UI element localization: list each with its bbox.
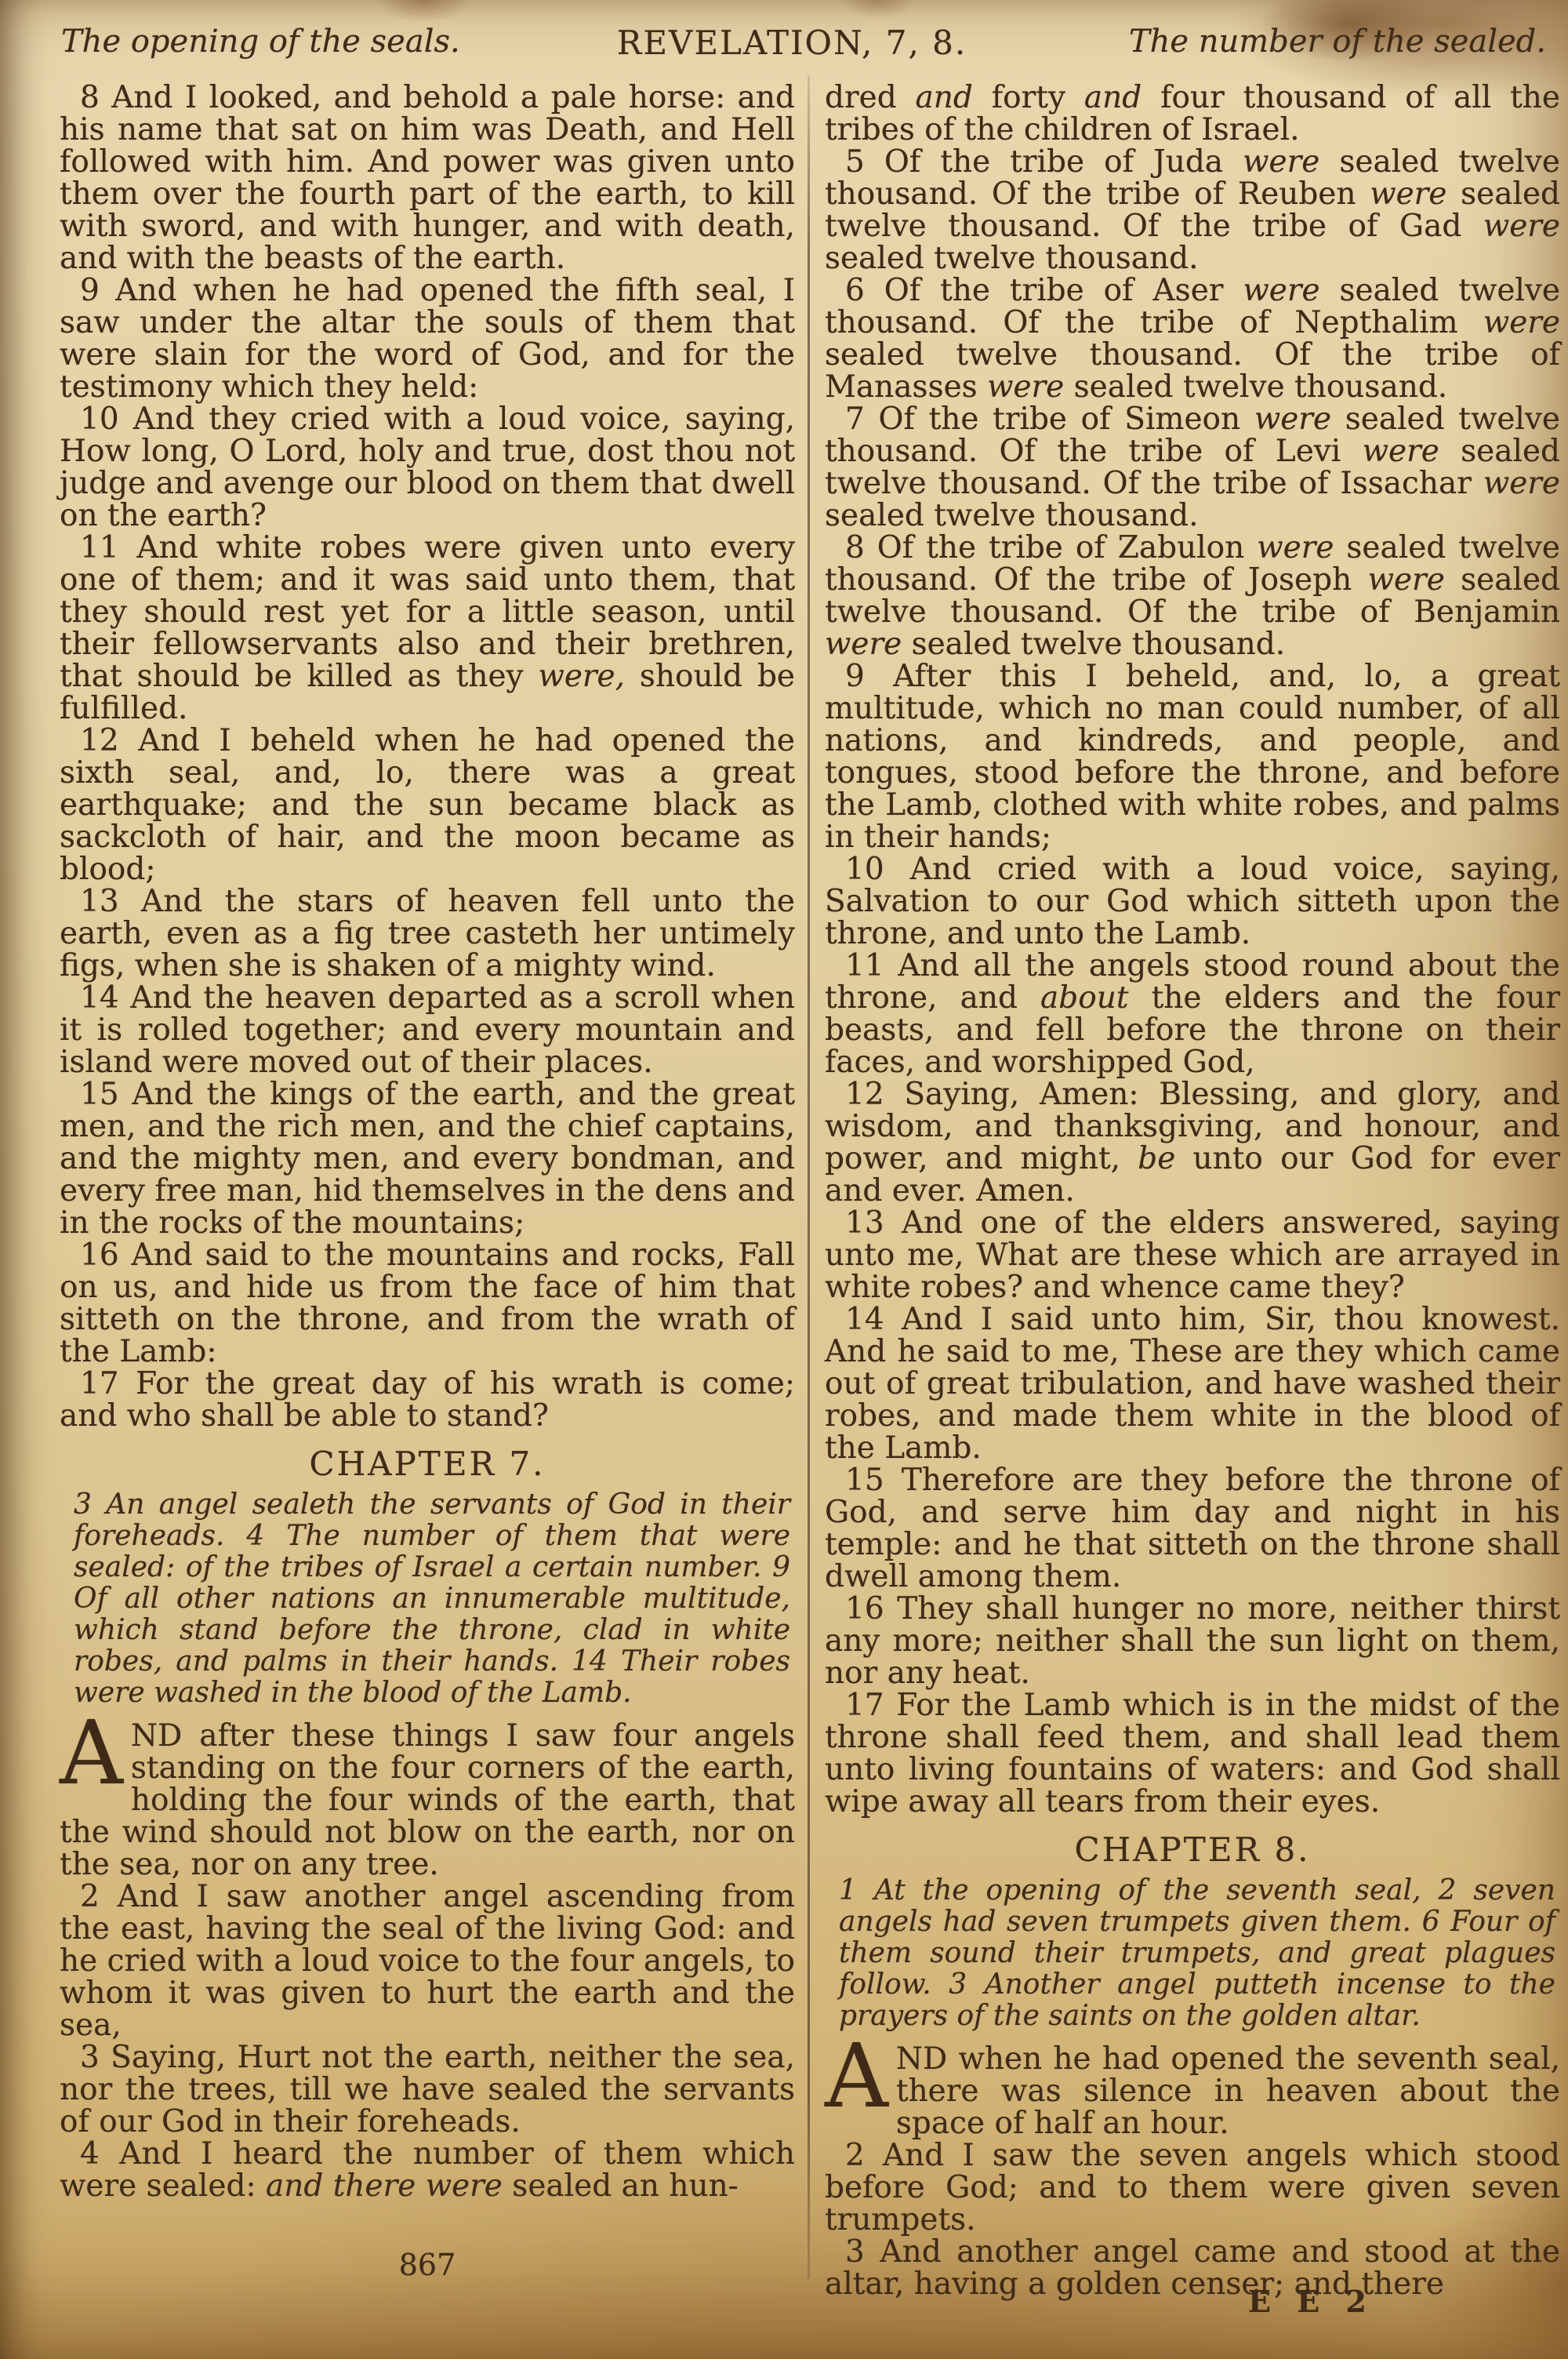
verse-paragraph: 15 And the kings of the earth, and the g…: [60, 1078, 795, 1239]
verse-paragraph: dred and forty and four thousand of all …: [825, 82, 1560, 146]
verse-paragraph: 3 And another angel came and stood at th…: [825, 2236, 1560, 2300]
verse-paragraph: 12 And I beheld when he had opened the s…: [60, 725, 795, 885]
text-column-right: dred and forty and four thousand of all …: [825, 82, 1560, 2300]
verse-paragraph: 15 Therefore are they before the throne …: [825, 1464, 1560, 1593]
verse-paragraph: 3 Saying, Hurt not the earth, neither th…: [60, 2041, 795, 2138]
verse-paragraph: 14 And I said unto him, Sir, thou knowes…: [825, 1303, 1560, 1464]
running-head-left: The opening of the seals.: [61, 24, 460, 60]
verse-paragraph: 16 They shall hunger no more, neither th…: [825, 1593, 1560, 1689]
column-divider-rule: [808, 75, 810, 2279]
page-number: 867: [60, 2248, 795, 2282]
bible-page: The opening of the seals. REVELATION, 7,…: [0, 0, 1568, 2359]
verse-paragraph: 9 After this I beheld, and, lo, a great …: [825, 660, 1560, 853]
verse-paragraph: AND when he had opened the seventh seal,…: [825, 2043, 1560, 2139]
signature-mark: E E 2: [1248, 2284, 1374, 2319]
chapter-summary: 3 An angel sealeth the servants of God i…: [60, 1489, 790, 1709]
verse-paragraph: 4 And I heard the number of them which w…: [60, 2138, 795, 2202]
verse-paragraph: AND after these things I saw four angels…: [60, 1720, 795, 1881]
verse-paragraph: 11 And white robes were given unto every…: [60, 532, 795, 725]
verse-paragraph: 14 And the heaven departed as a scroll w…: [60, 982, 795, 1078]
verse-paragraph: 9 And when he had opened the fifth seal,…: [60, 274, 795, 403]
running-head-right: The number of the sealed.: [1129, 24, 1546, 60]
verse-paragraph: 6 Of the tribe of Aser were sealed twelv…: [825, 274, 1560, 403]
verse-paragraph: 17 For the Lamb which is in the midst of…: [825, 1689, 1560, 1818]
verse-paragraph: 8 And I looked, and behold a pale horse:…: [60, 82, 795, 274]
chapter-heading: CHAPTER 8.: [825, 1834, 1560, 1866]
verse-paragraph: 13 And one of the elders answered, sayin…: [825, 1207, 1560, 1303]
chapter-heading: CHAPTER 7.: [60, 1448, 795, 1480]
verse-paragraph: 11 And all the angels stood round about …: [825, 950, 1560, 1078]
text-column-left: 8 And I looked, and behold a pale horse:…: [60, 82, 795, 2202]
verse-paragraph: 5 Of the tribe of Juda were sealed twelv…: [825, 146, 1560, 274]
verse-paragraph: 16 And said to the mountains and rocks, …: [60, 1239, 795, 1368]
drop-cap-letter: A: [825, 2043, 896, 2109]
verse-paragraph: 17 For the great day of his wrath is com…: [60, 1368, 795, 1432]
running-head-book-title: REVELATION, 7, 8.: [617, 24, 967, 62]
verse-paragraph: 13 And the stars of heaven fell unto the…: [60, 885, 795, 982]
verse-paragraph: 12 Saying, Amen: Blessing, and glory, an…: [825, 1078, 1560, 1207]
verse-paragraph: 10 And they cried with a loud voice, say…: [60, 403, 795, 532]
verse-paragraph: 8 Of the tribe of Zabulon were sealed tw…: [825, 532, 1560, 660]
chapter-summary: 1 At the opening of the seventh seal, 2 …: [825, 1875, 1555, 2032]
verse-paragraph: 10 And cried with a loud voice, saying, …: [825, 853, 1560, 950]
verse-paragraph: 2 And I saw the seven angels which stood…: [825, 2139, 1560, 2236]
verse-paragraph: 2 And I saw another angel ascending from…: [60, 1881, 795, 2041]
verse-paragraph: 7 Of the tribe of Simeon were sealed twe…: [825, 403, 1560, 532]
drop-cap-letter: A: [60, 1720, 131, 1786]
